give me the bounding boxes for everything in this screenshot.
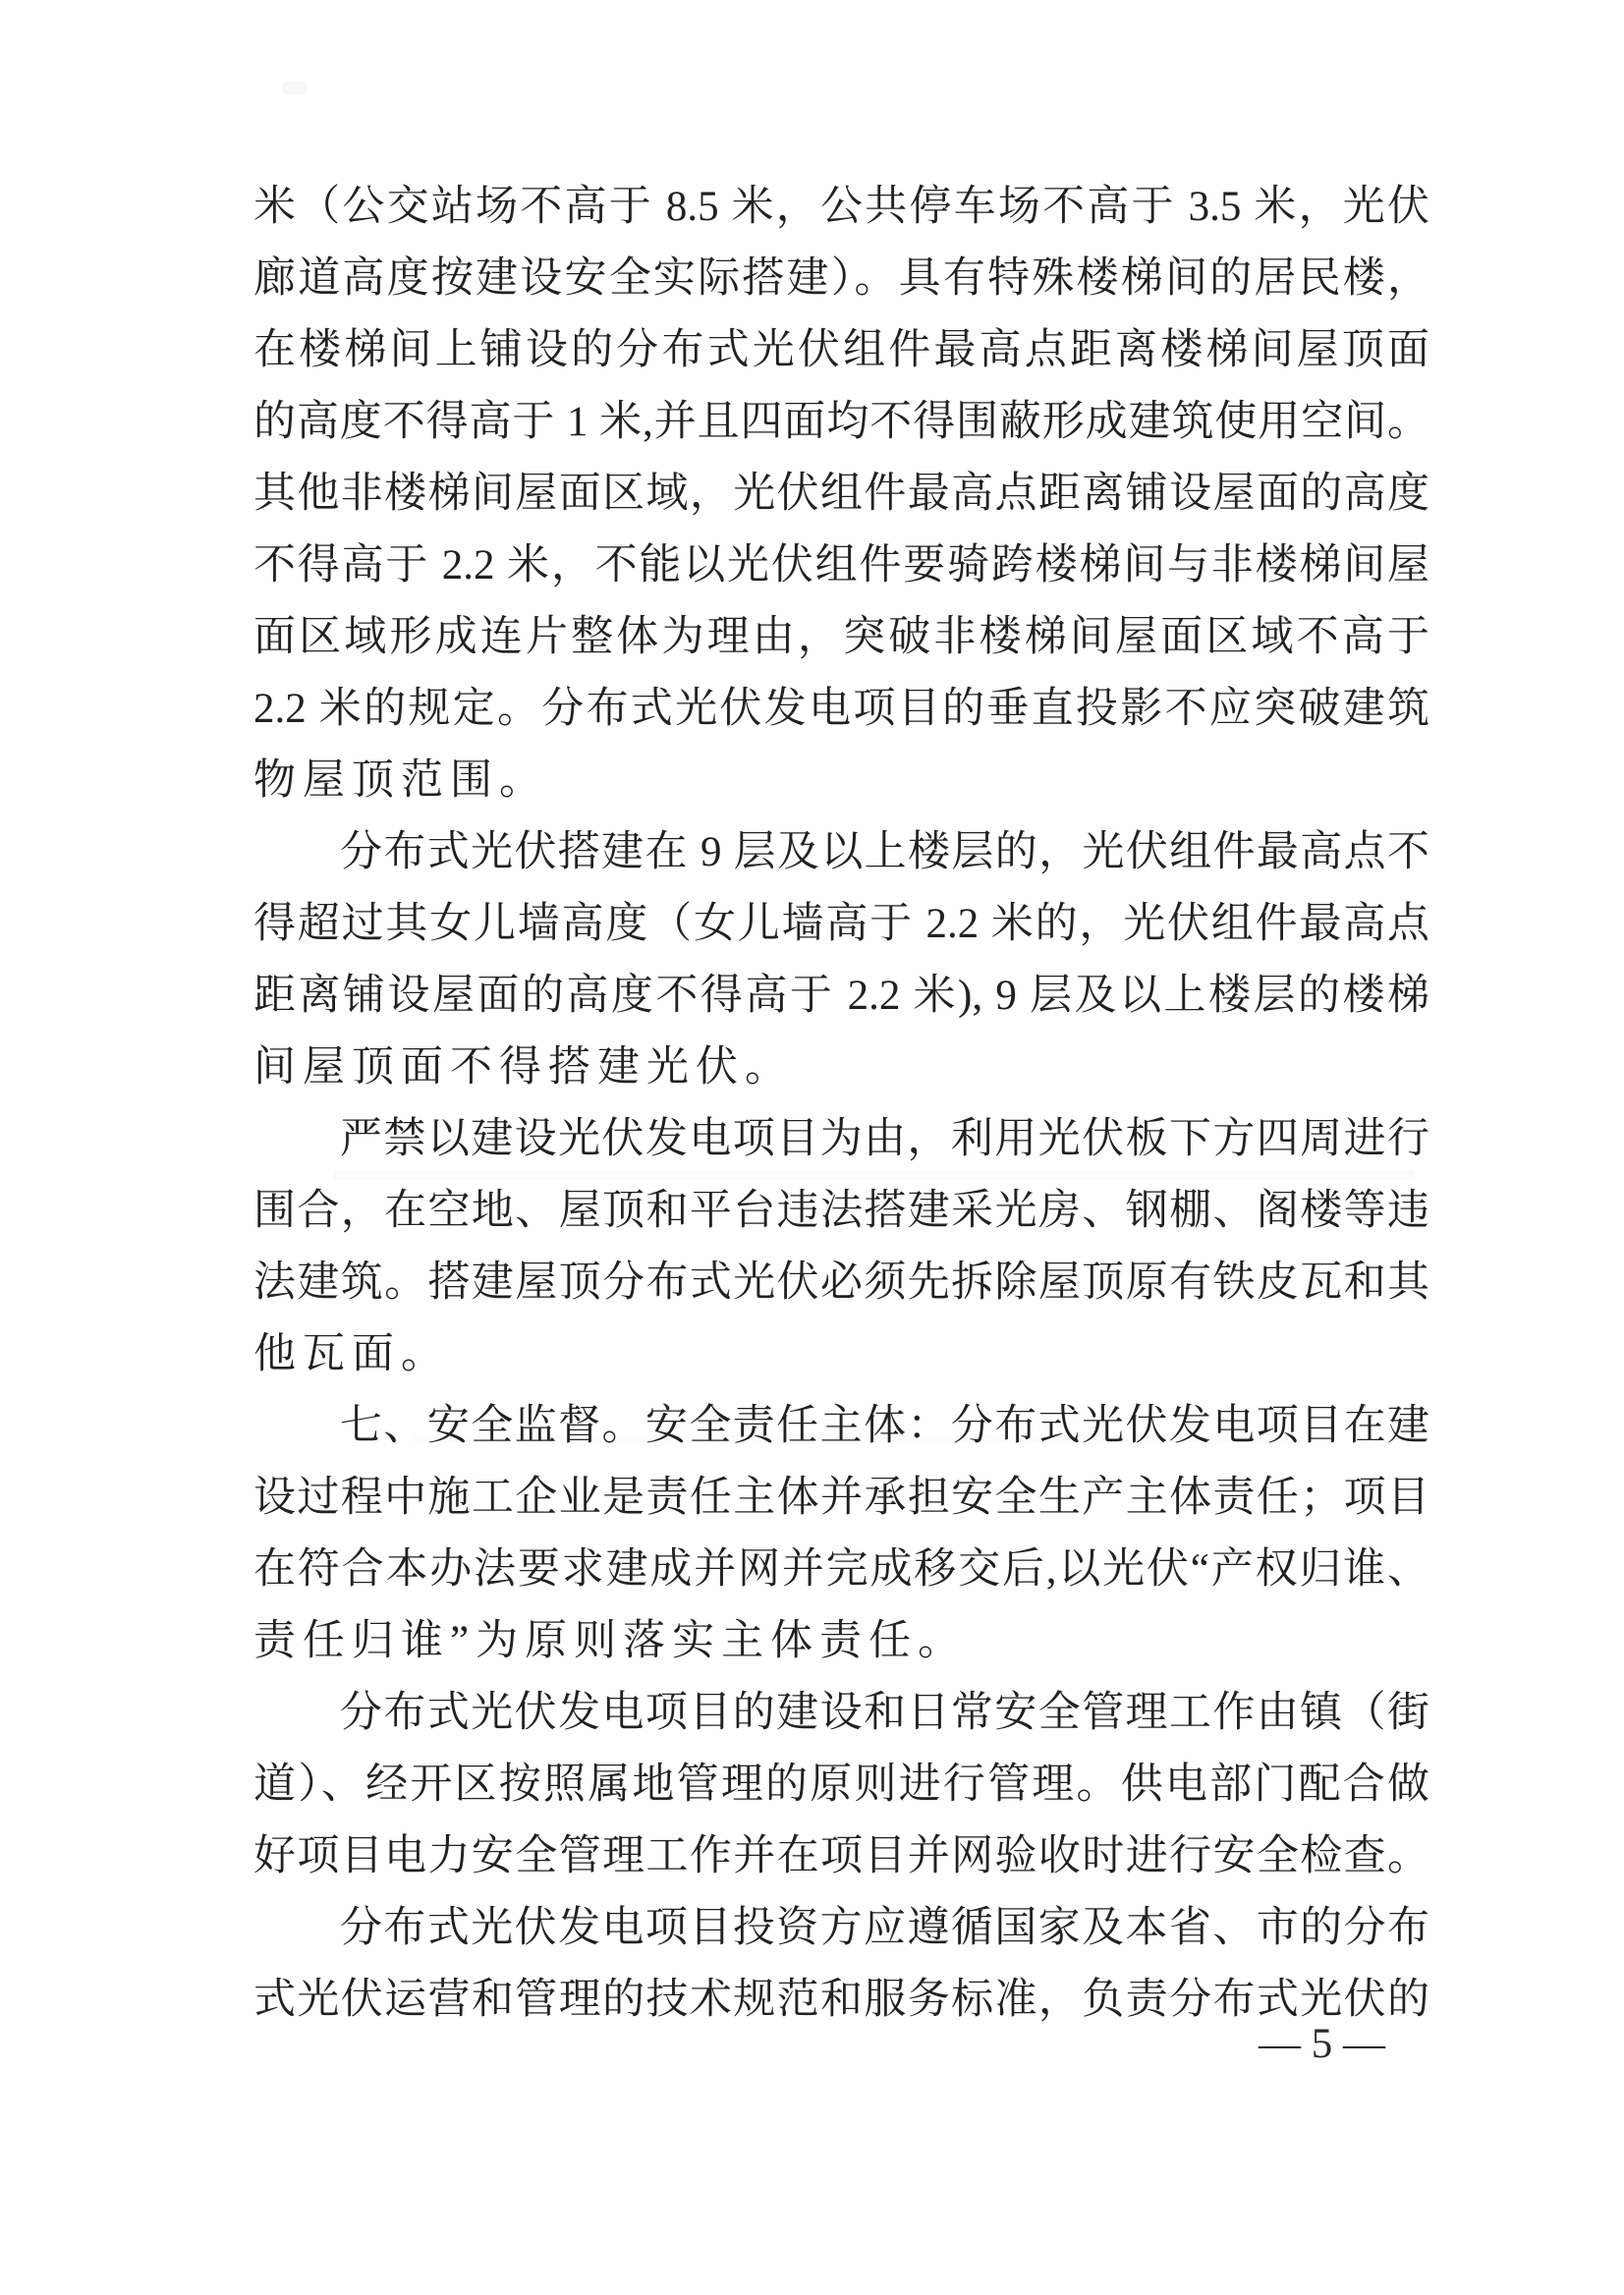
text-line: 在符合本办法要求建成并网并完成移交后,以光伏“产权归谁、 — [253, 1534, 1429, 1605]
document-body-text: 米（公交站场不高于 8.5 米，公共停车场不高于 3.5 米，光伏廊道高度按建设… — [253, 171, 1429, 2036]
text-line: 分布式光伏发电项目的建设和日常安全管理工作由镇（街 — [253, 1677, 1429, 1749]
text-line: 责任归谁”为原则落实主体责任。 — [253, 1605, 1429, 1677]
text-line: 物屋顶范围。 — [253, 745, 1429, 816]
text-line: 分布式光伏搭建在 9 层及以上楼层的，光伏组件最高点不 — [253, 816, 1429, 888]
text-line: 其他非楼梯间屋面区域，光伏组件最高点距离铺设屋面的高度 — [253, 458, 1429, 530]
text-line: 廊道高度按建设安全实际搭建）。具有特殊楼梯间的居民楼， — [253, 243, 1429, 314]
page-number: — 5 — — [1259, 2020, 1385, 2069]
text-line: 严禁以建设光伏发电项目为由，利用光伏板下方四周进行 — [253, 1103, 1429, 1175]
text-line: 道）、经开区按照属地管理的原则进行管理。供电部门配合做 — [253, 1749, 1429, 1820]
scan-smudge-artifact — [282, 82, 308, 94]
text-line: 的高度不得高于 1 米,并且四面均不得围蔽形成建筑使用空间。 — [253, 386, 1429, 458]
scanned-document-page: 米（公交站场不高于 8.5 米，公共停车场不高于 3.5 米，光伏廊道高度按建设… — [0, 0, 1624, 2295]
text-line: 2.2 米的规定。分布式光伏发电项目的垂直投影不应突破建筑 — [253, 673, 1429, 745]
text-line: 他瓦面。 — [253, 1318, 1429, 1390]
text-line: 好项目电力安全管理工作并在项目并网验收时进行安全检查。 — [253, 1820, 1429, 1892]
text-line: 式光伏运营和管理的技术规范和服务标准，负责分布式光伏的 — [253, 1964, 1429, 2036]
text-line: 设过程中施工企业是责任主体并承担安全生产主体责任；项目 — [253, 1462, 1429, 1534]
text-line: 分布式光伏发电项目投资方应遵循国家及本省、市的分布 — [253, 1892, 1429, 1964]
text-line: 得超过其女儿墙高度（女儿墙高于 2.2 米的，光伏组件最高点 — [253, 888, 1429, 960]
text-line: 间屋顶面不得搭建光伏。 — [253, 1032, 1429, 1103]
text-line: 七、安全监督。安全责任主体：分布式光伏发电项目在建 — [253, 1390, 1429, 1462]
text-line: 米（公交站场不高于 8.5 米，公共停车场不高于 3.5 米，光伏 — [253, 171, 1429, 243]
text-line: 围合，在空地、屋顶和平台违法搭建采光房、钢棚、阁楼等违 — [253, 1175, 1429, 1247]
text-line: 在楼梯间上铺设的分布式光伏组件最高点距离楼梯间屋顶面 — [253, 314, 1429, 386]
text-line: 面区域形成连片整体为理由，突破非楼梯间屋面区域不高于 — [253, 601, 1429, 673]
text-line: 不得高于 2.2 米，不能以光伏组件要骑跨楼梯间与非楼梯间屋 — [253, 530, 1429, 601]
text-line: 法建筑。搭建屋顶分布式光伏必须先拆除屋顶原有铁皮瓦和其 — [253, 1247, 1429, 1318]
text-line: 距离铺设屋面的高度不得高于 2.2 米), 9 层及以上楼层的楼梯 — [253, 960, 1429, 1032]
